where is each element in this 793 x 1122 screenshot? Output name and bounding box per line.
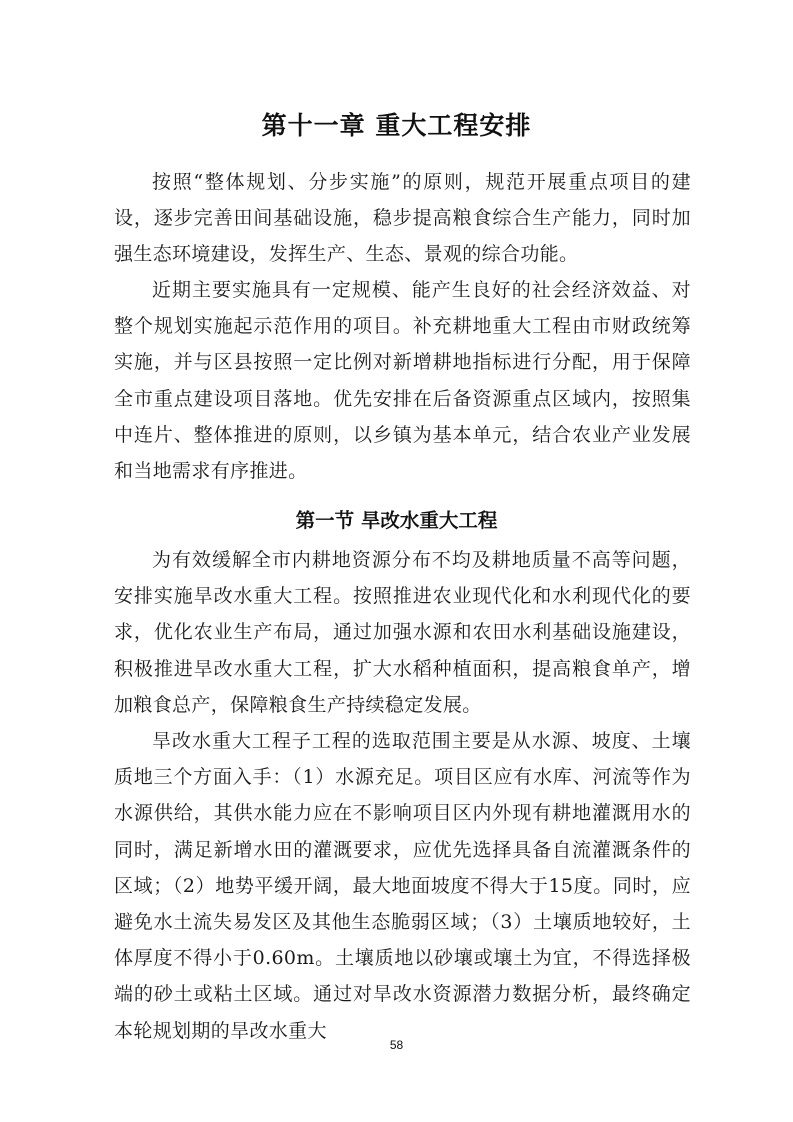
chapter-paragraph-1: 按照“整体规划、分步实施”的原则，规范开展重点项目的建设，逐步完善田间基础设施，… [114,164,691,273]
chapter-title: 第十一章 重大工程安排 [0,106,793,142]
chapter-paragraph-2: 近期主要实施具有一定规模、能产生良好的社会经济效益、对整个规划实施起示范作用的项… [114,272,691,489]
section-paragraph-1: 为有效缓解全市内耕地资源分布不均及耕地质量不高等问题，安排实施旱改水重大工程。按… [114,542,691,723]
document-page: 第十一章 重大工程安排 按照“整体规划、分步实施”的原则，规范开展重点项目的建设… [0,0,793,1122]
section-paragraph-2: 旱改水重大工程子工程的选取范围主要是从水源、坡度、土壤质地三个方面入手：（1）水… [114,723,691,1049]
section-title: 第一节 旱改水重大工程 [0,505,793,533]
page-number: 58 [0,1038,793,1052]
